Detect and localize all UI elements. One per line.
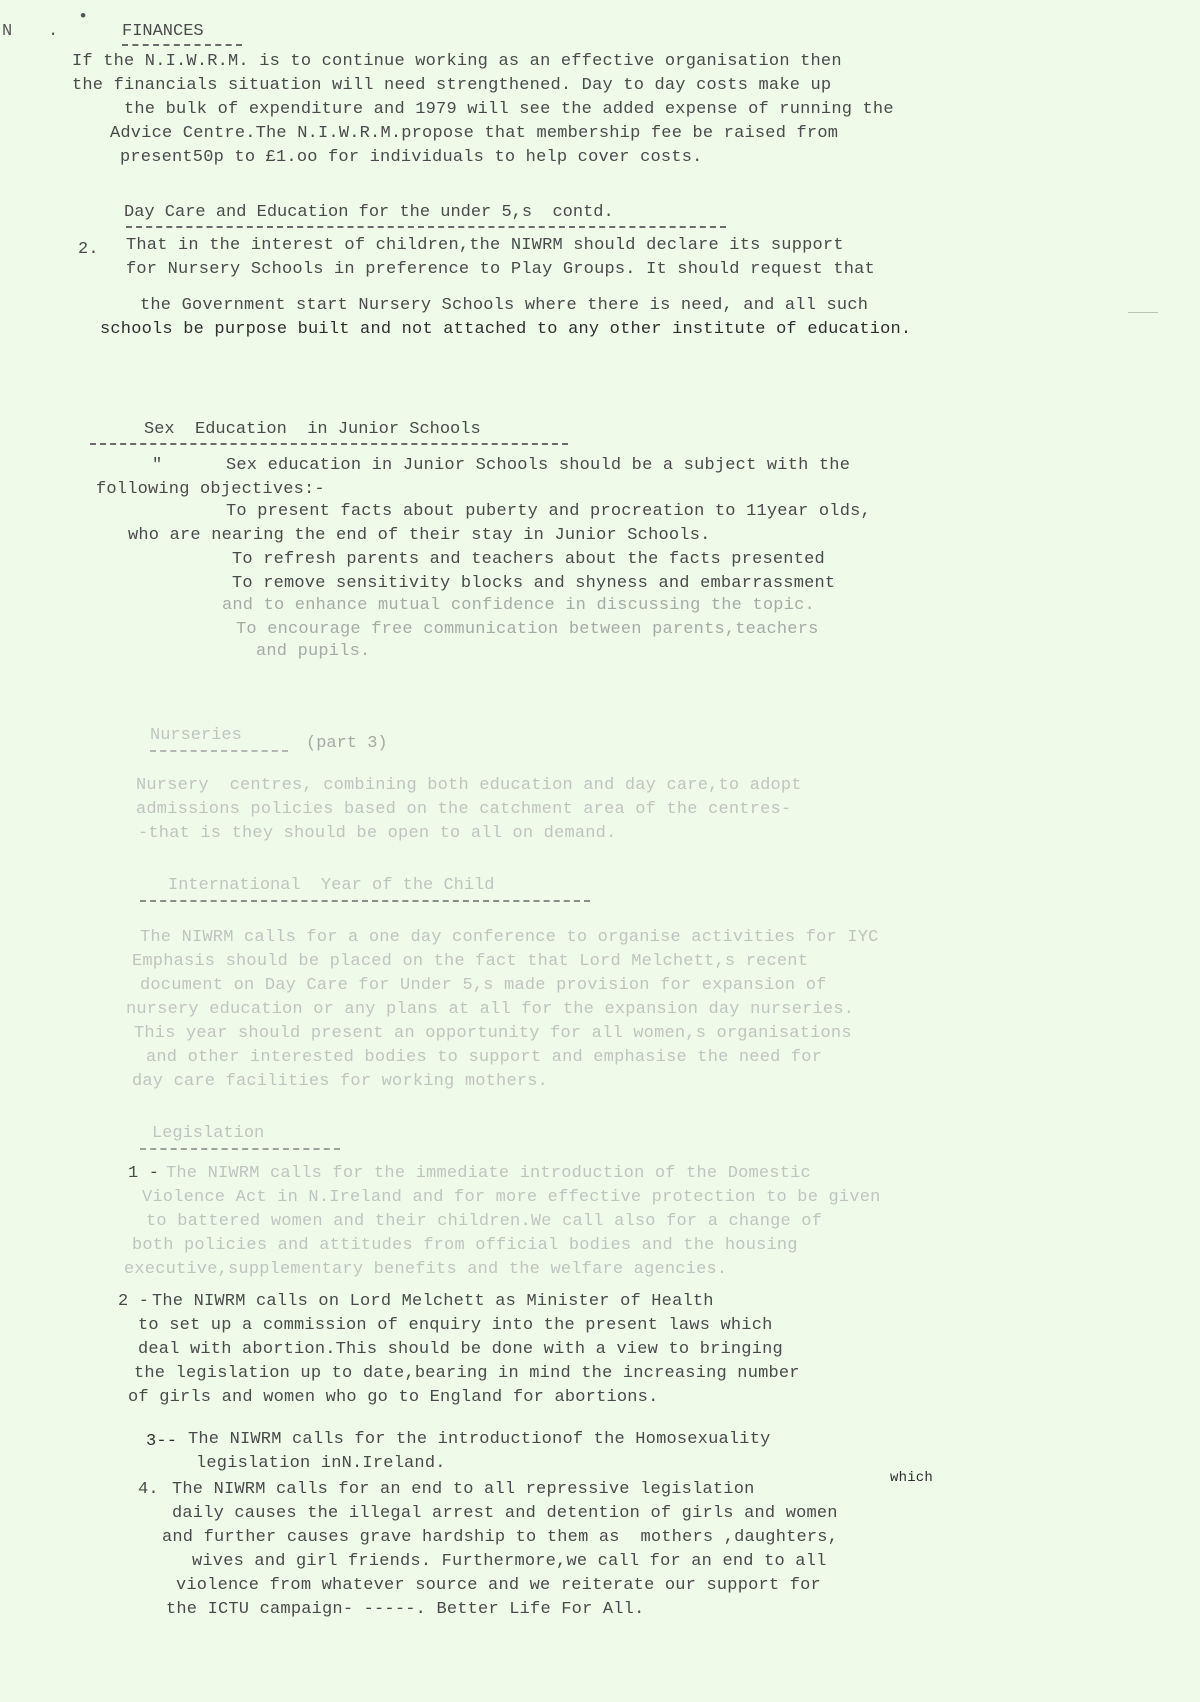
finances-underline — [122, 44, 242, 46]
legislation-superscript-insert: which — [890, 1468, 933, 1488]
legislation-item-number: 3-- — [146, 1432, 177, 1452]
nurseries-underline — [150, 750, 288, 752]
legislation-item-number: 2 - — [118, 1292, 149, 1312]
legislation-line: The NIWRM calls on Lord Melchett as Mini… — [152, 1292, 714, 1312]
legislation-line: daily causes the illegal arrest and dete… — [172, 1504, 838, 1524]
sex-education-line: To present facts about puberty and procr… — [226, 502, 871, 522]
legislation-item-number: 4. — [138, 1480, 159, 1500]
sex-education-line: To refresh parents and teachers about th… — [232, 550, 825, 570]
iyc-line: document on Day Care for Under 5,s made … — [140, 976, 827, 996]
nurseries-heading: Nurseries — [150, 726, 242, 746]
sex-education-line: following objectives:- — [96, 480, 325, 500]
legislation-line: deal with abortion.This should be done w… — [138, 1340, 783, 1360]
legislation-line: The NIWRM calls for the immediate introd… — [166, 1164, 811, 1184]
legislation-line: legislation inN.Ireland. — [196, 1454, 446, 1474]
legislation-line: The NIWRM calls for an end to all repres… — [172, 1480, 755, 1500]
iyc-heading: International Year of the Child — [168, 876, 494, 896]
day-care-line: schools be purpose built and not attache… — [100, 320, 911, 340]
legislation-item-number: 1 - — [128, 1164, 159, 1184]
sex-education-heading: Sex Education in Junior Schools — [144, 420, 481, 440]
day-care-number: 2. — [78, 240, 99, 260]
nurseries-heading-suffix: (part 3) — [306, 734, 388, 754]
iyc-line: This year should present an opportunity … — [134, 1024, 852, 1044]
legislation-line: and further causes grave hardship to the… — [162, 1528, 838, 1548]
sex-education-line: and to enhance mutual confidence in disc… — [222, 596, 815, 616]
iyc-line: Emphasis should be placed on the fact th… — [132, 952, 808, 972]
nurseries-line: Nursery centres, combining both educatio… — [136, 776, 802, 796]
legislation-line: wives and girl friends. Furthermore,we c… — [192, 1552, 827, 1572]
top-dot-mark: • — [78, 8, 88, 27]
iyc-line: nursery education or any plans at all fo… — [126, 1000, 854, 1020]
sex-education-bullet: " — [152, 456, 162, 476]
iyc-line: and other interested bodies to support a… — [146, 1048, 822, 1068]
day-care-line: for Nursery Schools in preference to Pla… — [126, 260, 875, 280]
legislation-line: The NIWRM calls for the introductionof t… — [188, 1430, 771, 1450]
nurseries-line: admissions policies based on the catchme… — [136, 800, 791, 820]
finances-heading: FINANCES — [122, 22, 204, 42]
sex-education-line: To remove sensitivity blocks and shyness… — [232, 574, 835, 594]
finances-line: the financials situation will need stren… — [72, 76, 831, 96]
iyc-underline — [140, 900, 590, 902]
legislation-line: the legislation up to date,bearing in mi… — [134, 1364, 800, 1384]
sex-education-line: To encourage free communication between … — [236, 620, 819, 640]
legislation-line: to battered women and their children.We … — [146, 1212, 822, 1232]
sex-education-line: who are nearing the end of their stay in… — [128, 526, 711, 546]
legislation-line: violence from whatever source and we rei… — [176, 1576, 821, 1596]
legislation-line: of girls and women who go to England for… — [128, 1388, 659, 1408]
sex-education-line: Sex education in Junior Schools should b… — [226, 456, 850, 476]
legislation-underline — [140, 1148, 340, 1150]
legislation-line: both policies and attitudes from officia… — [132, 1236, 798, 1256]
day-care-line: the Government start Nursery Schools whe… — [140, 296, 868, 316]
right-margin-dash — [1128, 312, 1158, 313]
day-care-heading: Day Care and Education for the under 5,s… — [124, 203, 614, 223]
finances-line: Advice Centre.The N.I.W.R.M.propose that… — [110, 124, 838, 144]
document-page: • N . FINANCES If the N.I.W.R.M. is to c… — [0, 0, 1200, 1702]
legislation-line: Violence Act in N.Ireland and for more e… — [142, 1188, 881, 1208]
legislation-line: the ICTU campaign- -----. Better Life Fo… — [166, 1600, 644, 1620]
legislation-line: executive,supplementary benefits and the… — [124, 1260, 727, 1280]
sex-education-line: and pupils. — [256, 642, 370, 662]
sex-education-underline — [90, 443, 568, 445]
legislation-heading: Legislation — [152, 1124, 264, 1144]
legislation-line: to set up a commission of enquiry into t… — [138, 1316, 773, 1336]
iyc-line: The NIWRM calls for a one day conference… — [140, 928, 879, 948]
finances-line: If the N.I.W.R.M. is to continue working… — [72, 52, 842, 72]
day-care-line: That in the interest of children,the NIW… — [126, 236, 844, 256]
finances-line: the bulk of expenditure and 1979 will se… — [124, 100, 894, 120]
nurseries-line: -that is they should be open to all on d… — [138, 824, 616, 844]
day-care-underline — [126, 226, 726, 228]
finances-line: present50p to £1.oo for individuals to h… — [120, 148, 703, 168]
left-margin-dot: . — [48, 22, 58, 41]
left-margin-letter: N — [2, 22, 12, 41]
iyc-line: day care facilities for working mothers. — [132, 1072, 548, 1092]
